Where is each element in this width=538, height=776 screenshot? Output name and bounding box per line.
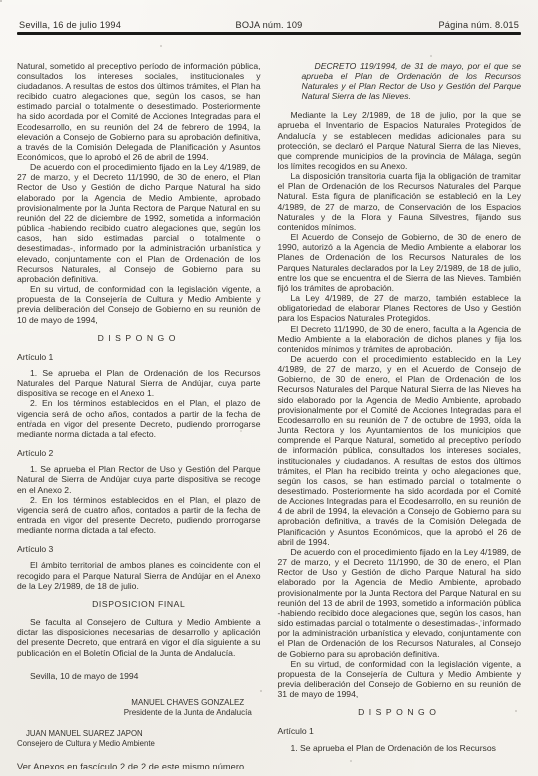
page-header: Sevilla, 16 de julio 1994 BOJA núm. 109 … xyxy=(17,12,521,30)
decree-title: DECRETO 119/1994, de 31 de mayo, por el … xyxy=(302,61,522,102)
paragraph: En su virtud, de conformidad con la legi… xyxy=(17,284,261,325)
article-1-point-1: 1. Se aprueba el Plan de Ordenación de l… xyxy=(17,368,261,398)
dispongo-heading: DISPONGO xyxy=(17,333,261,343)
paragraph: En su virtud, de conformidad con la legi… xyxy=(278,659,522,700)
header-page-number: Página núm. 8.015 xyxy=(352,20,519,30)
article-2-point-1: 1. Se aprueba el Plan Rector de Uso y Ge… xyxy=(17,464,261,494)
paragraph: El Decreto 11/1990, de 30 de enero, facu… xyxy=(278,324,522,354)
paragraph: El Acuerdo de Consejo de Gobierno, de 30… xyxy=(278,232,522,293)
article-1-point-1-partial: 1. Se aprueba el Plan de Ordenación de l… xyxy=(278,743,522,753)
article-1-label: Artículo 1 xyxy=(278,726,522,736)
paragraph: De acuerdo con el procedimiento fijado e… xyxy=(17,162,261,284)
header-rule xyxy=(17,32,521,35)
article-1-label: Artículo 1 xyxy=(17,352,261,362)
header-issue: BOJA núm. 109 xyxy=(186,20,353,30)
disposicion-final-heading: DISPOSICION FINAL xyxy=(17,599,261,609)
president-signature-name: MANUEL CHAVES GONZALEZ xyxy=(115,698,261,708)
disposicion-final-text: Se faculta al Consejero de Cultura y Med… xyxy=(17,617,261,658)
article-2-point-2: 2. En los términos establecidos en el Pl… xyxy=(17,495,261,536)
paragraph: La disposición transitoria cuarta fija l… xyxy=(278,171,522,232)
article-3-label: Artículo 3 xyxy=(17,544,261,554)
article-3-text: El ámbito territorial de ambos planes es… xyxy=(17,560,261,590)
paragraph: La Ley 4/1989, de 27 de marzo, también e… xyxy=(278,293,522,323)
counselor-signature-name: JUAN MANUEL SUAREZ JAPON xyxy=(17,729,261,739)
paragraph: De acuerdo con el procedimiento establec… xyxy=(278,354,522,547)
paragraph: Mediante la Ley 2/1989, de 18 de julio, … xyxy=(278,110,522,171)
header-date: Sevilla, 16 de julio 1994 xyxy=(19,20,186,30)
counselor-signature-title: Consejero de Cultura y Medio Ambiente xyxy=(17,739,261,749)
dispongo-heading: DISPONGO xyxy=(278,707,522,717)
continued-paragraph: Natural, sometido al preceptivo período … xyxy=(17,61,261,163)
boja-page: Sevilla, 16 de julio 1994 BOJA núm. 109 … xyxy=(0,0,538,776)
right-column: DECRETO 119/1994, de 31 de mayo, por el … xyxy=(278,61,522,769)
article-1-point-2: 2. En los términos establecidos en el Pl… xyxy=(17,398,261,439)
paragraph: De acuerdo con el procedimiento fijado e… xyxy=(278,547,522,659)
president-signature: MANUEL CHAVES GONZALEZ Presidente de la … xyxy=(115,698,261,718)
left-column: Natural, sometido al preceptivo período … xyxy=(17,61,261,769)
two-column-body: Natural, sometido al preceptivo período … xyxy=(17,61,521,769)
annex-reference-note: Ver Anexos en fascículo 2 de 2 de este m… xyxy=(17,762,261,769)
signature-date-line: Sevilla, 10 de mayo de 1994 xyxy=(17,671,261,681)
counselor-signature: JUAN MANUEL SUAREZ JAPON Consejero de Cu… xyxy=(17,729,261,748)
article-2-label: Artículo 2 xyxy=(17,448,261,458)
president-signature-title: Presidente de la Junta de Andalucía xyxy=(115,708,261,718)
